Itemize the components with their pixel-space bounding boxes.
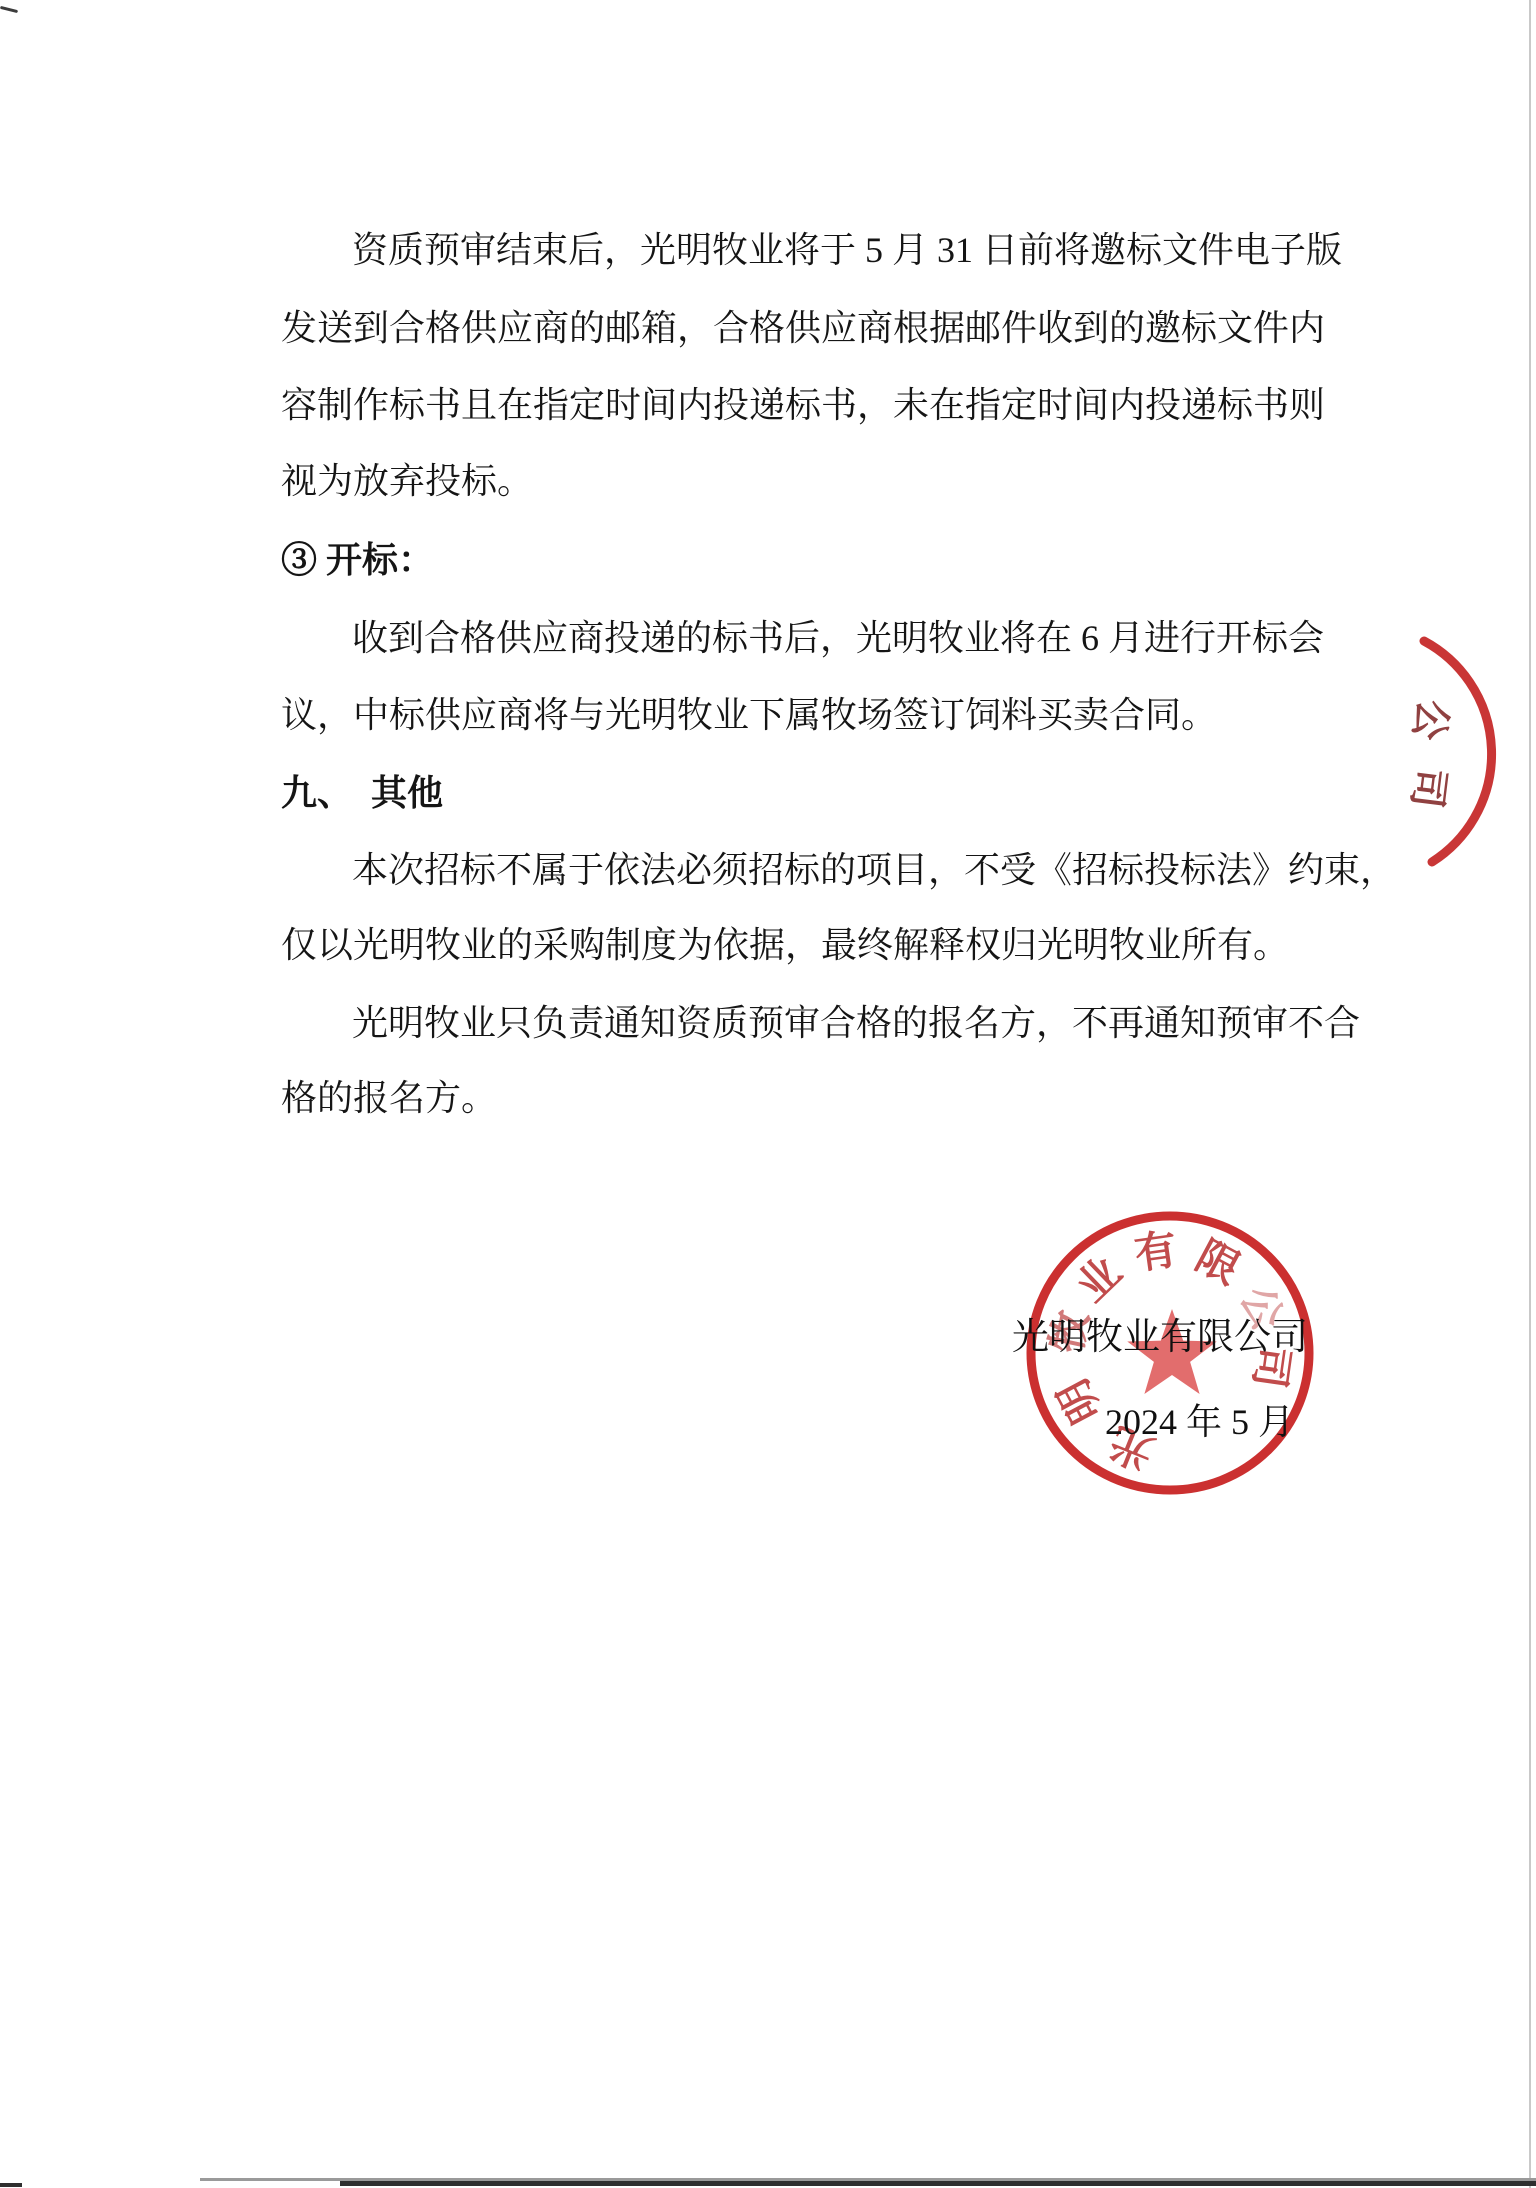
signature-date: 2024 年 5 月 [1105,1400,1294,1444]
paragraph-line: 本次招标不属于依法必须招标的项目，不受《招标投标法》约束， [352,848,1396,892]
paragraph-line: 格的报名方。 [281,1076,497,1120]
paragraph-line: 收到合格供应商投递的标书后，光明牧业将在 6 月进行开标会 [352,616,1324,660]
partial-seal-arc [1330,600,1536,910]
paragraph-line: 光明牧业只负责通知资质预审合格的报名方，不再通知预审不合 [352,1001,1360,1045]
document-page: 资质预审结束后，光明牧业将于 5 月 31 日前将邀标文件电子版 发送到合格供应… [0,0,1536,2188]
paragraph-line: 发送到合格供应商的邮箱，合格供应商根据邮件收到的邀标文件内 [281,306,1325,350]
paragraph-line: 仅以光明牧业的采购制度为依据，最终解释权归光明牧业所有。 [281,923,1289,967]
signature-company-name: 光明牧业有限公司 [1012,1316,1308,1360]
partial-seal-stamp: 公 司 [1330,600,1536,910]
seal-fragment-character: 司 [1406,766,1451,811]
scan-artifact-right-edge [1529,0,1531,2188]
paragraph-line: 容制作标书且在指定时间内投递标书，未在指定时间内投递标书则 [281,383,1325,427]
scan-artifact-bottom-line [0,2183,22,2187]
heading-others: 九、 其他 [281,771,443,815]
scan-artifact-bottom-line [340,2181,1536,2186]
scan-artifact-corner-mark [0,6,18,13]
paragraph-line: 视为放弃投标。 [281,459,533,503]
seal-fragment-character: 公 [1407,697,1453,743]
paragraph-line: 资质预审结束后，光明牧业将于 5 月 31 日前将邀标文件电子版 [352,228,1342,272]
seal-arc-path [1424,641,1492,862]
seal-ring-character: 有 [1130,1227,1182,1279]
paragraph-line: 议，中标供应商将与光明牧业下属牧场签订饲料买卖合同。 [281,693,1217,737]
heading-open-bid: ③ 开标： [281,538,434,582]
